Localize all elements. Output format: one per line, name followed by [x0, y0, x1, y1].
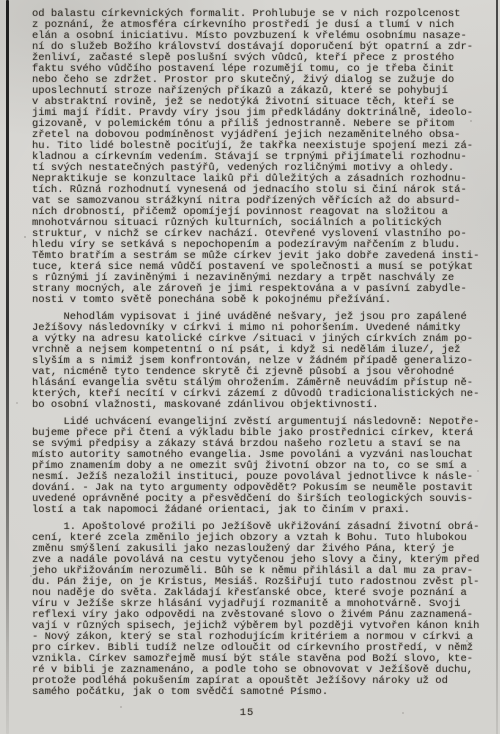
page-text: od balastu církevnických formalit. Prohl…	[32, 9, 490, 719]
scan-edge-left	[6, 0, 9, 734]
scan-edge-right	[496, 0, 498, 734]
page-number: 15	[32, 708, 462, 719]
scan-noise	[0, 0, 2, 2]
paragraph-1: od balastu církevnických formalit. Prohl…	[32, 9, 490, 306]
paragraph-4: 1. Apoštolové prožili po Ježíšově ukřižo…	[32, 522, 490, 698]
scanned-page: od balastu církevnických formalit. Prohl…	[0, 0, 500, 734]
paragraph-3: Lidé uchvácení evangelijní zvěstí argume…	[32, 417, 490, 516]
paragraph-2: Nehodlám vypisovat i jiné uváděné nešvar…	[32, 312, 490, 411]
